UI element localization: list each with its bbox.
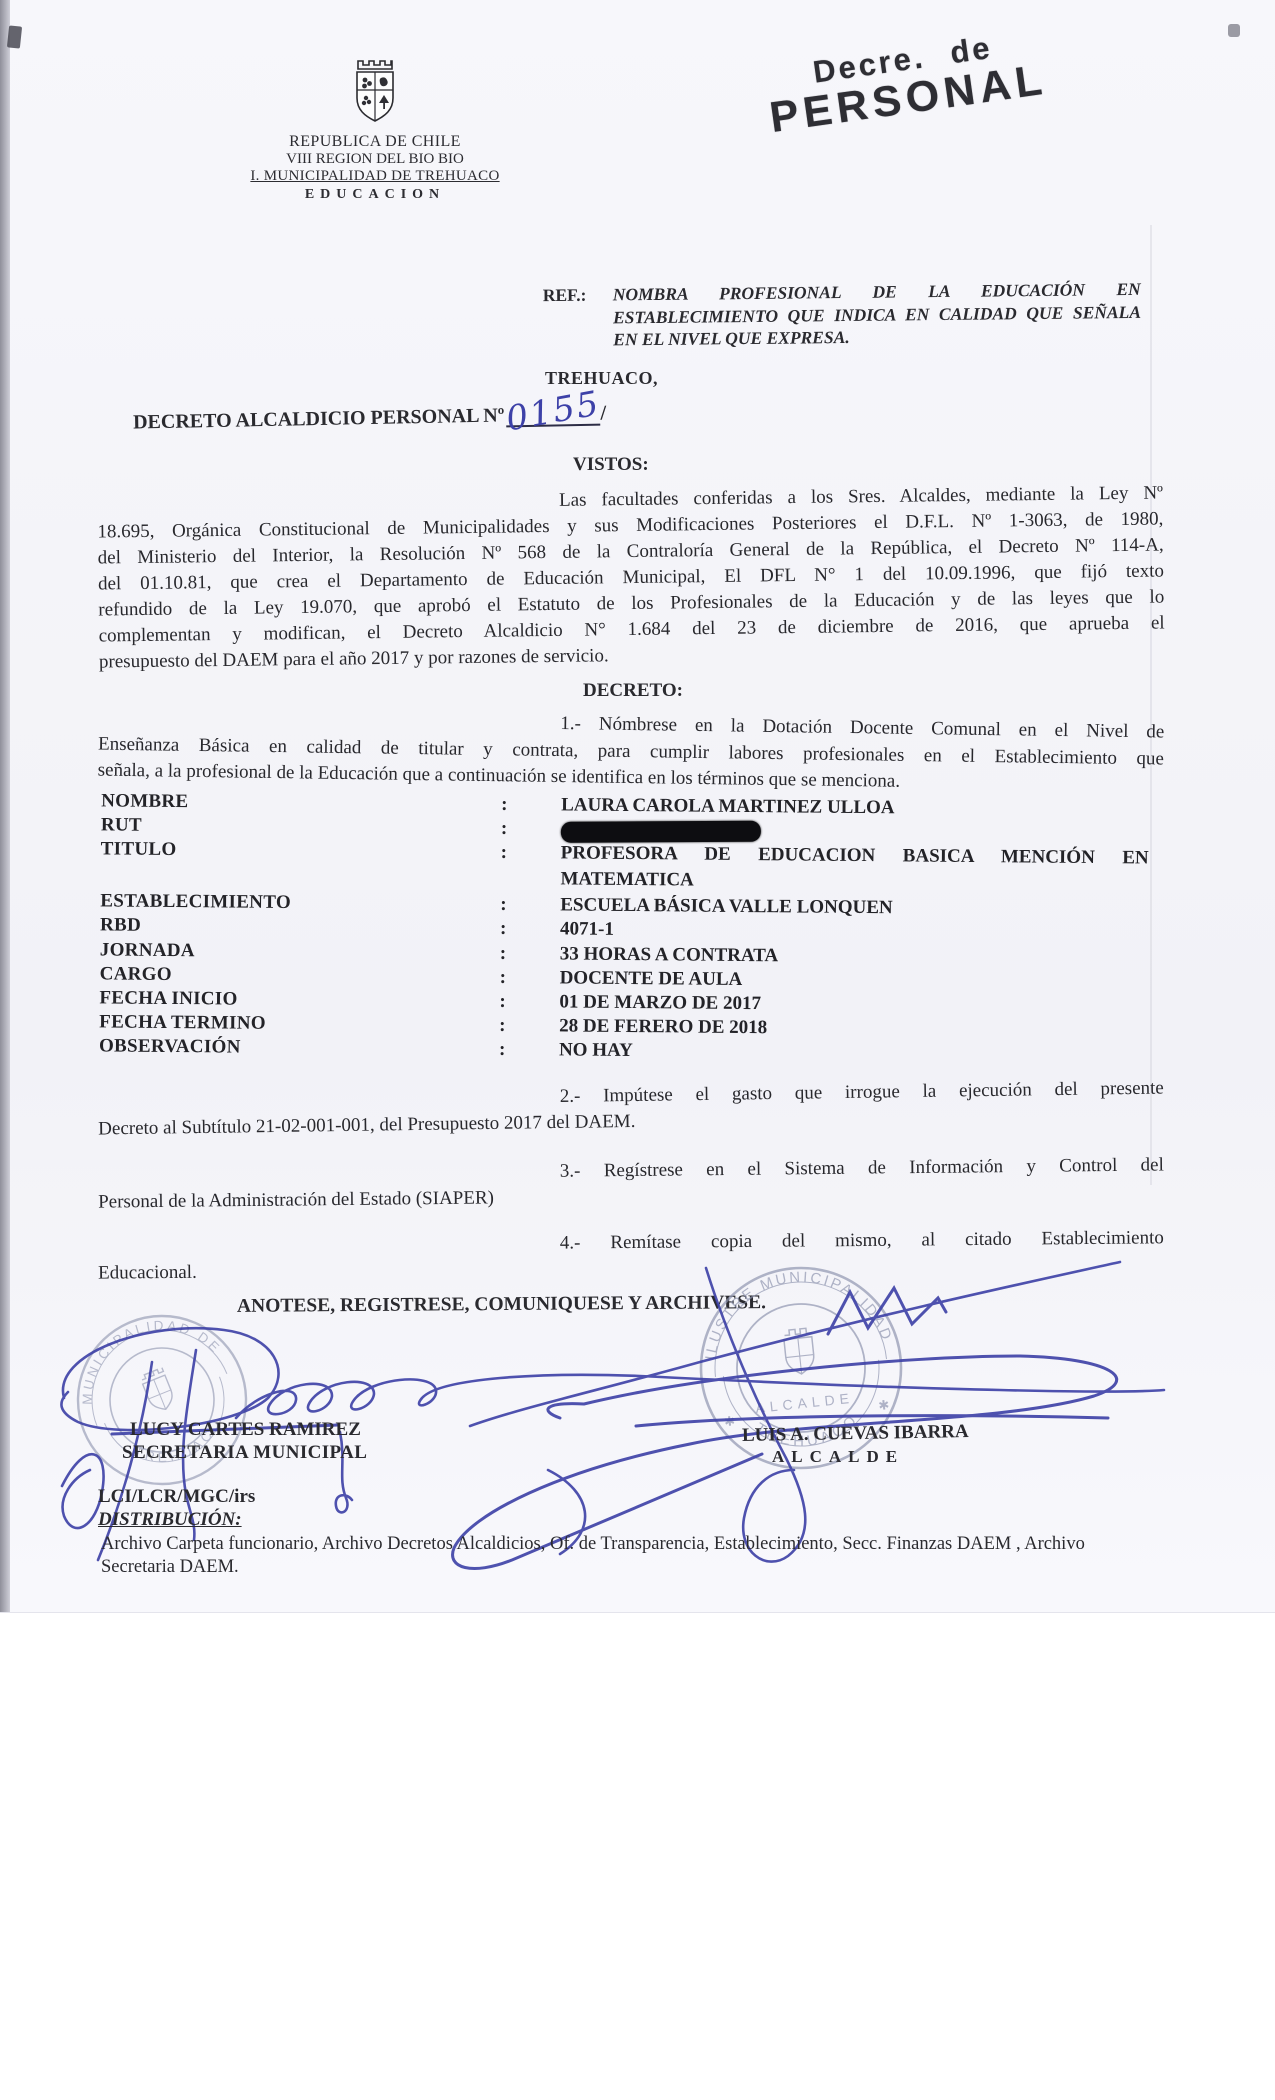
vistos-title: VISTOS: (573, 454, 649, 476)
letterhead: REPUBLICA DE CHILE VIII REGION DEL BIO B… (225, 54, 525, 203)
field-label: ESTABLECIMIENTO (100, 890, 291, 914)
field-row-titulo: TITULO : PROFESORA DE EDUCACION BASICA M… (98, 838, 1164, 899)
field-value: 28 DE FERERO DE 2018 (559, 1015, 1147, 1042)
field-label: CARGO (100, 963, 172, 986)
distribution-text: Archivo Carpeta funcionario, Archivo Dec… (101, 1533, 1159, 1579)
ref-label: REF.: (543, 285, 587, 306)
field-label: RUT (101, 814, 142, 836)
field-value: ESCUELA BÁSICA VALLE LONQUEN (560, 894, 1148, 921)
field-colon: : (500, 918, 507, 940)
field-label: JORNADA (100, 939, 195, 962)
field-label: RBD (100, 914, 141, 936)
field-colon: : (499, 1015, 506, 1037)
mayor-name: LUIS A. CUEVAS IBARRA (742, 1421, 969, 1447)
header-department: EDUCACION (225, 187, 525, 203)
rut-redaction-bar (561, 821, 761, 843)
decree-number-underline: 0155 (506, 394, 601, 428)
field-label: NOMBRE (101, 790, 189, 813)
field-value: PROFESORA DE EDUCACION BASICA MENCIÓN EN (561, 842, 1149, 869)
appointment-fields-table: NOMBRE : LAURA CAROLA MARTINEZ ULLOA RUT… (97, 790, 1165, 1079)
field-colon: : (500, 967, 507, 989)
ref-block: REF.: NOMBRA PROFESIONAL DE LA EDUCACIÓN… (543, 278, 1148, 352)
field-label: FECHA INICIO (99, 987, 237, 1010)
field-value: 4071-1 (560, 918, 1148, 945)
secretary-name: LUCY CARTES RAMIREZ (130, 1419, 361, 1441)
secretary-title: SECRETARIA MUNICIPAL (122, 1442, 367, 1464)
ref-text: NOMBRA PROFESIONAL DE LA EDUCACIÓN EN ES… (613, 278, 1142, 351)
field-colon: : (501, 794, 508, 816)
field-value: 33 HORAS A CONTRATA (560, 943, 1148, 970)
decreto-title: DECRETO: (583, 680, 683, 702)
field-label: TITULO (101, 838, 177, 861)
field-colon: : (501, 842, 508, 864)
distribution-label: DISTRIBUCIÓN: (98, 1509, 242, 1531)
field-value: MATEMATICA (560, 868, 1148, 895)
field-label: OBSERVACIÓN (99, 1035, 241, 1058)
field-colon: : (501, 818, 508, 840)
drafting-initials: LCI/LCR/MGC/irs (98, 1486, 255, 1508)
scan-artifact-top-right (1228, 24, 1240, 37)
header-region: VIII REGION DEL BIO BIO (225, 151, 525, 168)
vistos-paragraph: Las facultades conferidas a los Sres. Al… (97, 480, 1165, 675)
field-colon: : (499, 1039, 506, 1061)
decreto-point-1: 1.- Nómbrese en la Dotación Docente Comu… (97, 705, 1164, 799)
field-value: DOCENTE DE AULA (560, 967, 1148, 994)
field-colon: : (499, 991, 506, 1013)
field-value: 01 DE MARZO DE 2017 (559, 991, 1147, 1018)
field-value: NO HAY (559, 1039, 1147, 1066)
header-country: REPUBLICA DE CHILE (225, 133, 525, 151)
field-colon: : (500, 943, 507, 965)
place-line: TREHUACO, (545, 368, 658, 389)
field-label: FECHA TERMINO (99, 1011, 266, 1034)
mayor-title: ALCALDE (772, 1447, 904, 1467)
header-municipality: I. MUNICIPALIDAD DE TREHUACO (225, 168, 525, 185)
scanned-decree-page: REPUBLICA DE CHILE VIII REGION DEL BIO B… (0, 0, 1275, 2100)
field-value: LAURA CAROLA MARTINEZ ULLOA (561, 794, 1149, 821)
coat-of-arms-icon (345, 54, 405, 130)
field-colon: : (500, 894, 507, 916)
scan-artifact-top-left (7, 25, 22, 48)
